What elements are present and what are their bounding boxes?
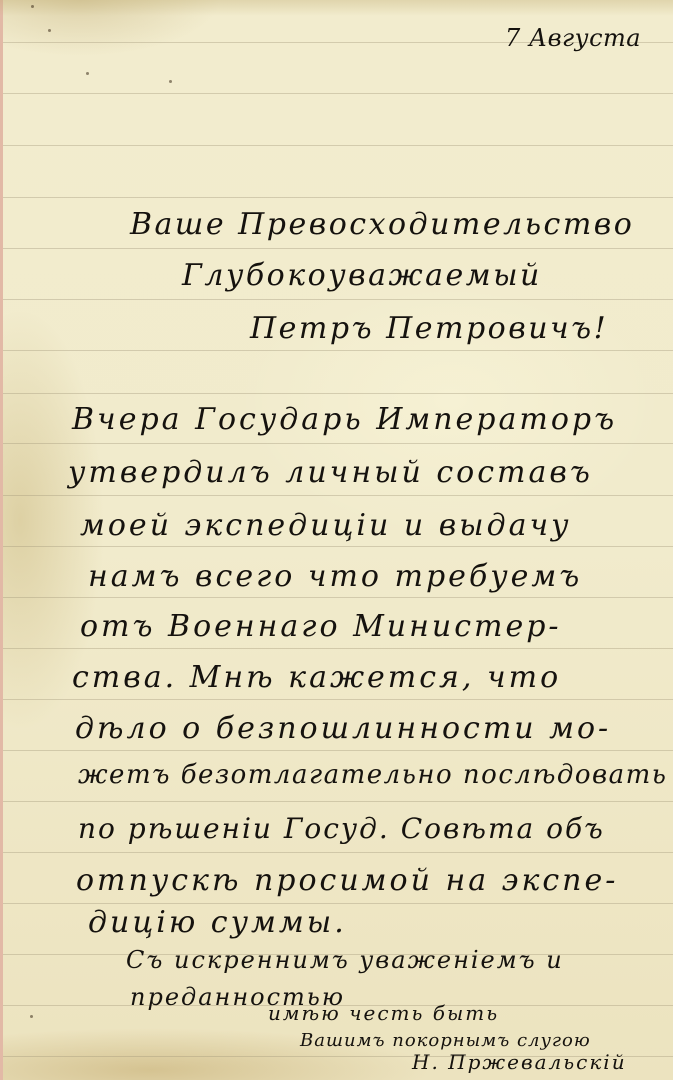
paper-speck [169, 80, 172, 83]
ruled-line [3, 350, 673, 351]
ruled-line [3, 801, 673, 802]
ruled-line [3, 648, 673, 649]
salutation-line-1: Ваше Превосходительство [130, 210, 634, 240]
paper-speck [86, 72, 89, 75]
letter-date: 7 Августа [505, 26, 641, 50]
ruled-line [3, 903, 673, 904]
body-line-6: ства. Мнѣ кажется, что [72, 663, 561, 693]
paper-top-shadow [0, 0, 673, 16]
body-line-10: отпускѣ просимой на экспе- [76, 866, 618, 896]
salutation-line-3: Петръ Петровичъ! [250, 314, 608, 344]
body-line-9: по рѣшеніи Госуд. Совѣта объ [78, 815, 605, 843]
body-line-8: жетъ безотлагательно послѣдовать [78, 762, 667, 788]
ruled-line [3, 145, 673, 146]
ruled-line [3, 750, 673, 751]
ruled-line [3, 93, 673, 94]
paper-left-edge [0, 0, 3, 1080]
ruled-line [3, 495, 673, 496]
ruled-line [3, 546, 673, 547]
ruled-line [3, 699, 673, 700]
ruled-line [3, 597, 673, 598]
body-line-7: дѣло о безпошлинности мо- [75, 714, 611, 744]
letter-page: 7 Августа Ваше Превосходительство Глубок… [0, 0, 673, 1080]
body-line-3: моей экспедиціи и выдачу [80, 511, 572, 541]
paper-speck [30, 1015, 33, 1018]
closing-line-4: Вашимъ покорнымъ слугою [300, 1032, 591, 1050]
closing-line-1: Съ искреннимъ уваженіемъ и [126, 948, 564, 972]
ruled-line [3, 197, 673, 198]
body-line-1: Вчера Государь Императоръ [72, 405, 617, 435]
ruled-line [3, 443, 673, 444]
body-line-5: отъ Военнаго Министер- [80, 612, 562, 642]
body-line-11: дицію суммы. [88, 908, 347, 938]
body-line-2: утвердилъ личный составъ [68, 458, 593, 488]
salutation-line-2: Глубокоуважаемый [182, 261, 542, 291]
paper-speck [48, 29, 51, 32]
ruled-line [3, 248, 673, 249]
ruled-line [3, 393, 673, 394]
signature: Н. Пржевальскій [412, 1052, 627, 1072]
closing-line-3: имѣю честь быть [268, 1003, 499, 1023]
ruled-line [3, 852, 673, 853]
paper-speck [31, 5, 34, 8]
body-line-4: намъ всего что требуемъ [88, 562, 582, 592]
ruled-line [3, 299, 673, 300]
